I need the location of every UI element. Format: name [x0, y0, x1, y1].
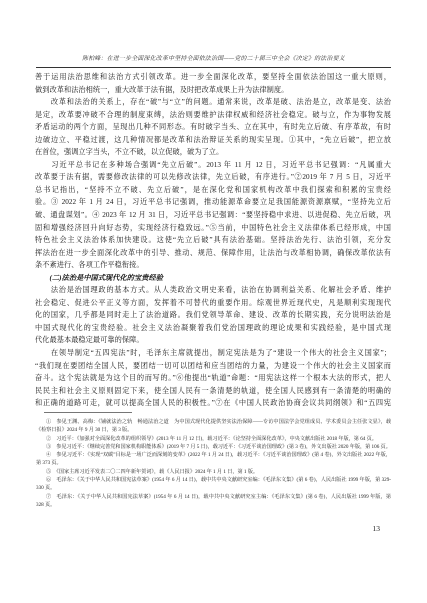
document-page: 陈柏峰：在进一步全面深化改革中坚持全面依法治国——党的二十届三中全会《决定》的法…	[0, 0, 427, 603]
text-line: 法治是治国理政的基本方式。从人类政治文明史来看，法治在协调利益关系、化解社会矛盾…	[35, 284, 391, 297]
text-line: 是定，改革要冲破不合理的制度束缚，法治则要维护法律权威和经济社会稳定。破与立，作…	[35, 109, 391, 122]
text-line: 和正确的道路可走，就可以提高全国人民的积极性。”⑦在《中国人民政治协商会议共同纲…	[35, 397, 391, 410]
text-line: 验。③ 2022 年 1 月 24 日，习近平总书记强调，推动能源革命要立足我国…	[35, 196, 391, 209]
text-line: 习近平总书记在多种场合强调“先立后破”。2013 年 11 月 12 日，习近平…	[35, 159, 391, 172]
footnote-divider	[44, 412, 132, 413]
page-number: 13	[36, 524, 385, 533]
footnote-item: ④ 参见习近平：《实现“双碳”目标是一场广泛而深刻的变革》(2022 年 1 月…	[36, 451, 391, 468]
text-line: 破、通盘谋划”。④ 2023 年 12 月 31 日，习近平总书记强调：“要坚持…	[35, 209, 391, 222]
section-subheading: (二)法治是中国式现代化的宝贵经验	[35, 272, 391, 285]
text-line: 做到改革和法治相统一，重大改革于法有据，及时把改革成果上升为法律制度。	[35, 84, 391, 97]
text-line: 在首位，强调立字当头，不立不破，以立促破，破为了立。	[35, 146, 391, 159]
header-divider	[36, 67, 391, 68]
footnote-item: ③ 参见习近平：《继续完善党和国家机构职能体系》(2019 年 7 月 5 日)…	[36, 443, 391, 451]
footnotes: ① 参见王渊、高梅：《铺就法治之轨 畅通法治之道 为中国式现代化提供坚实法治保障…	[36, 418, 391, 509]
text-line: 民民主和社会主义原则固定下来，使全国人民有一条清楚的轨道，使全国人民感到有一条清…	[35, 385, 391, 398]
running-head: 陈柏峰：在进一步全面深化改革中坚持全面依法治国——党的二十届三中全会《决定》的法…	[36, 53, 391, 62]
footnote-item: ⑤ 《国家主席习近平发表二〇二四年新年贺词》，载《人民日报》2024 年 1 月…	[36, 468, 391, 476]
text-line: “我们现在要团结全国人民，要团结一切可以团结和应当团结的力量，为建设一个伟大的社…	[35, 360, 391, 373]
footnote-item: ② 习近平：《加强对全面深化改革的组织领导》(2013 年 11 月 12 日)…	[36, 435, 391, 443]
text-line: 代化最基本最稳定最可靠的保障。	[35, 334, 391, 347]
text-line: 条不紊进行、各项工作平稳衔接。	[35, 259, 391, 272]
text-line: 善于运用法治思维和法治方式引领改革。进一步全面深化改革，要坚持全面依法治国这一重…	[35, 71, 391, 84]
text-line: 在领导制定“五四宪法”时，毛泽东主席就提出，制定宪法是为了“建设一个伟大的社会主…	[35, 347, 391, 360]
text-line: 改革要于法有据，需要修改法律的可以先修改法律，先立后破，有序进行。”②2019 …	[35, 171, 391, 184]
text-line: 化的国家，几乎都是同时走上了法治道路。我们党领导革命、建设、改革的长期实践，充分…	[35, 309, 391, 322]
text-line: 固和增强经济回升向好态势，实现经济行稳致远。”⑤当前，中国特色社会主义法律体系已…	[35, 222, 391, 235]
text-line: 中国式现代化的宝贵经验。社会主义法治凝聚着我们党治国理政的理论成果和实践经验，是…	[35, 322, 391, 335]
footnote-item: ⑦ 毛泽东：《关于中华人民共和国宪法草案》(1954 年 6 月 14 日)，载…	[36, 493, 391, 510]
text-line: 总书记指出，“坚持不立不破、先立后破”，是在深化党和国家机构改革中我们探索和积累…	[35, 184, 391, 197]
text-line: 社会稳定、促进公平正义等方面，发挥着不可替代的重要作用。综观世界近现代史，凡是顺…	[35, 297, 391, 310]
text-line: 改革和法治的关系上，存在“破”与“立”的问题。通常来说，改革是破、法治是立，改革…	[35, 96, 391, 109]
text-line: 挥法治在进一步全面深化改革中的引导、推动、规范、保障作用，让法治与改革相协调，确…	[35, 247, 391, 260]
text-line: 奋斗。这个宪法就是为这个目的而写的。”⑥他提出“轨道”命题：“用宪法这样一个根本…	[35, 372, 391, 385]
footnote-item: ⑥ 毛泽东：《关于中华人民共和国宪法草案》(1954 年 6 月 14 日)，载…	[36, 476, 391, 493]
footnote-item: ① 参见王渊、高梅：《铺就法治之轨 畅通法治之道 为中国式现代化提供坚实法治保障…	[36, 418, 391, 435]
text-line: 矛盾运动的两个方面，呈现出几种不同形态。有时破字当头、立在其中，有时先立后破、有…	[35, 121, 391, 134]
body-text: 善于运用法治思维和法治方式引领改革。进一步全面深化改革，要坚持全面依法治国这一重…	[35, 71, 391, 410]
text-line: 特色社会主义法治体系加快建设。这使“先立后破”具有法治基础。坚持法治先行、法治引…	[35, 234, 391, 247]
text-line: 边破边立、平稳过渡，这几种情况都是改革和法治辩证关系的现实呈现。①其中，“先立后…	[35, 134, 391, 147]
